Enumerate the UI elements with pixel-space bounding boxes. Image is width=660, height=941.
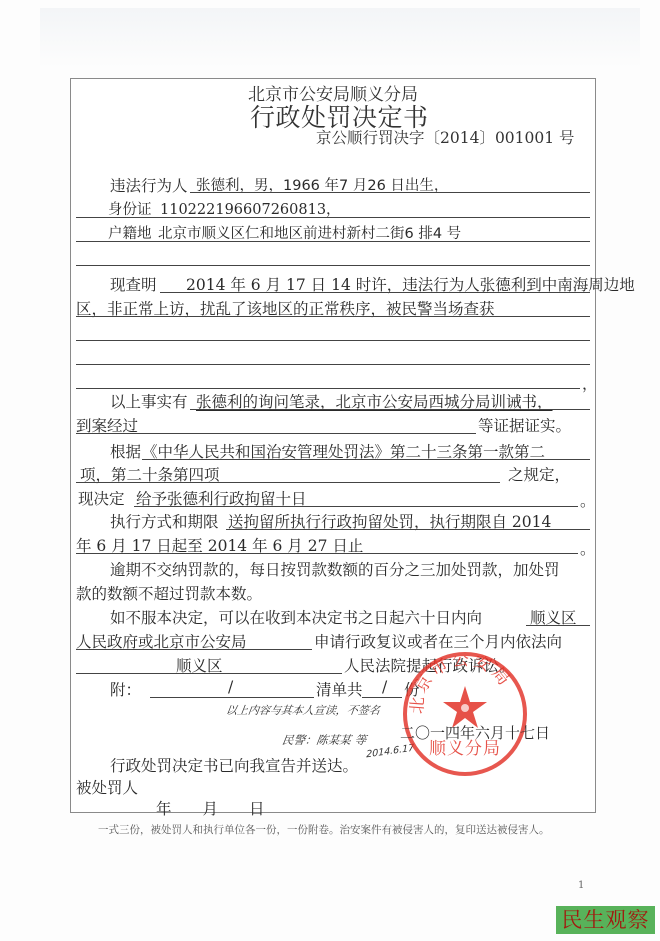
- attachment-value: /: [228, 678, 233, 696]
- underline: [76, 553, 578, 554]
- id-card-label: 身份证: [108, 198, 152, 219]
- footer-note: 一式三份，被处罚人和执行单位各一份，一份附卷。治安案件有被侵害人的，复印送达被侵…: [98, 822, 550, 837]
- execution-label: 执行方式和期限: [110, 510, 219, 532]
- findings-label: 现查明: [110, 273, 157, 295]
- execution-end-mark: 。: [580, 537, 596, 559]
- handwritten-signature: 民警：陈某某 等: [281, 732, 367, 748]
- underline: [76, 316, 590, 317]
- appeal-line-1-prefix: 如不服本决定，可以在收到本决定书之日起六十日内向: [110, 606, 482, 628]
- appeal-line-3-suffix: 人民法院提起行政诉讼。: [344, 654, 515, 676]
- underline: [76, 340, 590, 341]
- underline: [76, 649, 312, 650]
- underline: [76, 265, 590, 266]
- handwritten-note: 以上内容与其本人宣读，不签名: [225, 702, 381, 718]
- acknowledgement-text: 行政处罚决定书已向我宣告并送达。: [110, 754, 358, 776]
- underline: [526, 625, 590, 626]
- underline: [142, 459, 590, 460]
- underline: [226, 529, 590, 530]
- page-number: 1: [578, 880, 584, 891]
- underline: [76, 364, 590, 365]
- underline: [134, 506, 578, 507]
- watermark-badge: 民生观察: [556, 906, 655, 934]
- attachment-list-label: 清单共: [316, 678, 363, 700]
- document-number: 京公顺行罚决字〔2014〕001001 号: [316, 126, 575, 148]
- underline: [76, 433, 476, 434]
- late-fine-line-2: 款的数额不超过罚款本数。: [76, 582, 262, 604]
- address-value: 北京市顺义区仁和地区前进村新村二街6 排4 号: [158, 222, 461, 243]
- findings-end-mark: ，: [582, 372, 598, 394]
- underline: [362, 697, 402, 698]
- offender-name-label: 违法行为人: [110, 174, 188, 196]
- appeal-line-2-suffix: 申请行政复议或者在三个月内依法向: [314, 630, 562, 652]
- underline: [76, 482, 500, 483]
- decision-end-mark: 。: [580, 489, 596, 511]
- attachment-list-unit: 份: [404, 678, 420, 700]
- evidence-suffix: 等证据证实。: [478, 414, 571, 436]
- evidence-label: 以上事实有: [110, 390, 188, 412]
- recipient-date-placeholder: 年 月 日: [156, 797, 265, 819]
- attachment-list-value: /: [382, 678, 387, 696]
- issue-date: 二〇一四年六月十七日: [400, 722, 550, 743]
- decision-label: 现决定: [78, 487, 125, 509]
- address-label: 户籍地: [108, 222, 152, 243]
- underline: [160, 292, 590, 293]
- late-fine-line-1: 逾期不交纳罚款的，每日按罚款数额的百分之三加处罚款，加处罚: [110, 558, 560, 580]
- recipient-label: 被处罚人: [76, 776, 138, 798]
- underline: [76, 388, 580, 389]
- id-card-value: 110222196607260813，: [160, 198, 341, 219]
- underline: [190, 409, 590, 410]
- scan-bleed-through: [40, 8, 640, 68]
- basis-suffix: 之规定，: [508, 463, 570, 485]
- underline: [190, 192, 590, 193]
- underline: [150, 697, 314, 698]
- underline: [76, 217, 590, 218]
- underline: [76, 241, 590, 242]
- underline: [76, 673, 342, 674]
- attachment-label: 附：: [110, 678, 141, 700]
- basis-label: 根据: [110, 440, 141, 462]
